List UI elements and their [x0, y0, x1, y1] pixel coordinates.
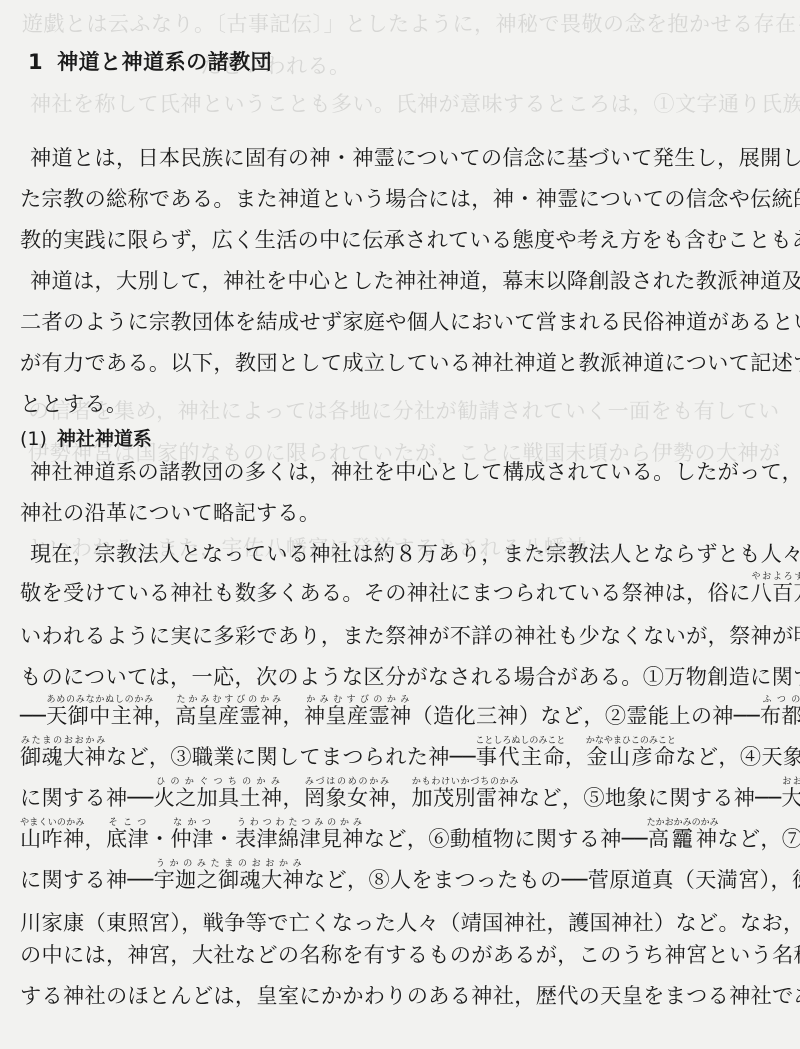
bleed-through-text: 神社を称して氏神ということも多い。氏神が意味するところは，①文字通り氏族の祖 — [30, 88, 800, 118]
ruby-term: 天御中主神あめのみなかぬしのかみ — [46, 703, 153, 728]
bleed-through-text: の信者を集め，神社によっては各地に分社が勧請されていく一面をも有してい — [28, 395, 780, 425]
ruby-term: 底津そこつ — [106, 826, 149, 851]
section-heading: 1神道と神道系の諸教団 — [28, 46, 272, 76]
ruby-term: 神皇産霊神かみむすびのかみ — [304, 703, 411, 728]
ruby-term: 火之加具土神ひのかぐつちのかみ — [154, 785, 283, 810]
ruby-term: 布都ふつの — [760, 703, 800, 728]
paragraph-line: が有力である。以下，教団として成立している神社神道と教派神道について記述するこ — [20, 352, 800, 373]
ruby-term: 加茂別雷神かもわけいかづちのかみ — [411, 785, 518, 810]
paragraph-line: 御魂大神みたまのおおかみなど，③職業に関してまつられた神──事代主命ことしろぬし… — [20, 736, 800, 767]
document-page: 遊戯とは云ふなり。〔古事記伝〕」としたように，神秘で畏敬の念を抱かせる存在を広く… — [0, 0, 800, 1049]
section-number: 1 — [28, 50, 43, 74]
ruby-term: 高皇産霊神たかみむすびのかみ — [175, 703, 282, 728]
paragraph-line: 二者のように宗教団体を結成せず家庭や個人において営まれる民俗神道があるという説 — [20, 311, 800, 332]
paragraph-line: ──天御中主神あめのみなかぬしのかみ，高皇産霊神たかみむすびのかみ，神皇産霊神か… — [20, 695, 800, 726]
paragraph-line: ものについては，一応，次のような区分がなされる場合がある。①万物創造に関する神 — [20, 666, 800, 687]
paragraph-line: た宗教の総称である。また神道という場合には，神・神霊についての信念や伝統的な宗 — [20, 188, 800, 209]
paragraph-line: 現在，宗教法人となっている神社は約８万あり，また宗教法人とならずとも人々の崇 — [30, 543, 800, 564]
paragraph-line: 教的実践に限らず，広く生活の中に伝承されている態度や考え方をも含むこともある。 — [20, 229, 800, 250]
ruby-term: 八百万神やおよろずのかみ — [751, 580, 800, 605]
paragraph-line: 神道とは，日本民族に固有の神・神霊についての信念に基づいて発生し，展開してき — [30, 147, 800, 168]
paragraph-line: ととする。 — [20, 393, 127, 414]
paragraph-line: 山咋神やまくいのかみ，底津そこつ・仲津なかつ・表津綿津見神うわつわたつみのかみな… — [20, 818, 800, 849]
bleed-through-text: 遊戯とは云ふなり。〔古事記伝〕」としたように，神秘で畏敬の念を抱かせる存在を広く — [22, 8, 800, 38]
paragraph-line: 神社神道系の諸教団の多くは，神社を中心として構成されている。したがって，まず， — [30, 461, 800, 482]
subsection-heading: (1)神社神道系 — [20, 424, 152, 451]
paragraph-line: する神社のほとんどは，皇室にかかわりのある神社，歴代の天皇をまつる神社である。 — [20, 985, 800, 1006]
paragraph-line: 敬を受けている神社も数多くある。その神社にまつられている祭神は，俗に八百万神やお… — [20, 572, 800, 603]
ruby-term: 宇迦之御魂大神うかのみたまのおおかみ — [154, 867, 304, 892]
paragraph-line: の中には，神宮，大社などの名称を有するものがあるが，このうち神宮という名称を有 — [20, 944, 800, 965]
subsection-number: (1) — [20, 428, 47, 450]
paragraph-line: 神社の沿革について略記する。 — [20, 502, 320, 523]
ruby-term: 金山彦命かなやまひこのみこと — [586, 744, 675, 769]
ruby-term: 表津綿津見神うわつわたつみのかみ — [235, 826, 364, 851]
ruby-term: 事代主命ことしろぬしのみこと — [476, 744, 565, 769]
ruby-term: 山咋神やまくいのかみ — [20, 826, 84, 851]
ruby-term: 仲津なかつ — [170, 826, 213, 851]
ruby-term: 大おお — [781, 785, 800, 810]
paragraph-line: に関する神──火之加具土神ひのかぐつちのかみ，罔象女神みづはのめのかみ，加茂別雷… — [20, 777, 800, 808]
paragraph-line: に関する神──宇迦之御魂大神うかのみたまのおおかみなど，⑧人をまつったもの──菅… — [20, 859, 800, 890]
ruby-term: 御魂大神みたまのおおかみ — [20, 744, 106, 769]
paragraph-line: 神道は，大別して，神社を中心とした神社神道，幕末以降創設された教派神道及び前 — [30, 270, 800, 291]
section-title: 神道と神道系の諸教団 — [57, 50, 272, 74]
subsection-title: 神社神道系 — [57, 428, 152, 450]
ruby-term: 高龗神たかおかみのかみ — [648, 826, 718, 851]
ruby-term: 罔象女神みづはのめのかみ — [304, 785, 390, 810]
paragraph-line: いわれるように実に多彩であり，また祭神が不詳の神社も少なくないが，祭神が明確な — [20, 625, 800, 646]
paragraph-line: 川家康（東照宮），戦争等で亡くなった人々（靖国神社，護国神社）など。なお，神社 — [20, 912, 800, 933]
